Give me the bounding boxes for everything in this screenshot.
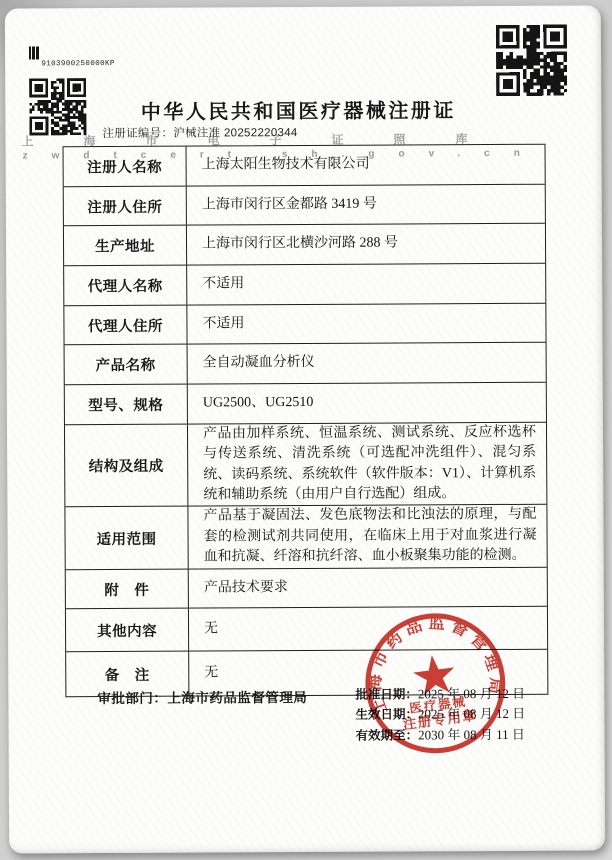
field-label: 代理人名称: [64, 266, 187, 306]
approval-date-line: 批准日期：2025 年 08 月 12 日: [355, 684, 555, 705]
effective-date-value: 2025 年 08 月 12 日: [418, 706, 525, 722]
field-value: 不适用: [187, 264, 545, 305]
field-label: 注册人住所: [64, 187, 187, 226]
approval-department-label: 审批部门：: [97, 691, 167, 706]
row-registrant-address: 注册人住所 上海市闵行区金都路 3419 号: [64, 184, 545, 226]
row-structure-composition: 结构及组成 产品由加样系统、恒温系统、测试系统、反应杯选杯与传送系统、清洗系统（…: [65, 422, 546, 507]
scanned-certificate-page: 9103900250000KP 中华人民共和国医疗器械注册证 注册证编号：沪械注…: [0, 0, 612, 860]
approval-date-label: 批准日期：: [355, 687, 418, 701]
effective-date-line: 生效日期：2025 年 08 月 12 日: [355, 704, 555, 725]
date-block: 批准日期：2025 年 08 月 12 日 生效日期：2025 年 08 月 1…: [355, 684, 555, 746]
field-value: 产品由加样系统、恒温系统、测试系统、反应杯选杯与传送系统、清洗系统（可选配冲洗组…: [188, 423, 546, 506]
approval-date-value: 2025 年 08 月 12 日: [418, 686, 525, 702]
paper-sheet: 9103900250000KP 中华人民共和国医疗器械注册证 注册证编号：沪械注…: [5, 5, 605, 853]
certificate-title: 中华人民共和国医疗器械注册证: [5, 93, 591, 125]
barcode-number: 9103900250000KP: [29, 60, 127, 69]
certificate-table: 注册人名称 上海太阳生物技术有限公司 注册人住所 上海市闵行区金都路 3419 …: [63, 144, 549, 698]
field-label: 附 件: [66, 570, 189, 609]
expiry-date-label: 有效期至：: [356, 728, 419, 742]
field-value: 上海市闵行区金都路 3419 号: [187, 185, 545, 225]
field-value: 产品技术要求: [189, 568, 547, 608]
row-registrant-name: 注册人名称 上海太阳生物技术有限公司: [64, 145, 545, 187]
field-value: 上海市闵行区北横沙河路 288 号: [187, 224, 545, 265]
field-label: 代理人住所: [64, 306, 187, 345]
field-label: 其他内容: [66, 609, 189, 652]
qr-code-right: [496, 24, 567, 97]
field-value: 无: [189, 607, 547, 651]
row-product-name: 产品名称 全自动凝血分析仪: [65, 342, 546, 385]
field-label: 适用范围: [65, 507, 188, 570]
field-value: 不适用: [187, 304, 545, 344]
row-model-spec: 型号、规格 UG2500、UG2510: [65, 382, 546, 425]
field-value: 上海太阳生物技术有限公司: [187, 145, 545, 186]
field-value: 产品基于凝固法、发色底物法和比浊法的原理，与配套的检测试剂共同使用，在临床上用于…: [188, 505, 546, 569]
effective-date-label: 生效日期：: [355, 708, 418, 722]
field-label: 注册人名称: [64, 147, 187, 187]
expiry-date-value: 2030 年 08 月 11 日: [418, 726, 525, 742]
row-production-address: 生产地址 上海市闵行区北横沙河路 288 号: [64, 223, 545, 266]
row-other-content: 其他内容 无: [66, 606, 547, 652]
field-value: 全自动凝血分析仪: [188, 343, 546, 384]
field-label: 产品名称: [65, 345, 188, 385]
field-label: 型号、规格: [65, 385, 188, 425]
barcode: [29, 46, 127, 60]
approval-department-value: 上海市药品监督管理局: [167, 690, 307, 706]
field-label: 生产地址: [64, 226, 187, 266]
row-agent-address: 代理人住所 不适用: [64, 303, 545, 345]
field-value: UG2500、UG2510: [188, 383, 546, 424]
row-attachment: 附 件 产品技术要求: [66, 567, 547, 609]
row-agent-name: 代理人名称 不适用: [64, 263, 545, 306]
expiry-date-line: 有效期至：2030 年 08 月 11 日: [356, 724, 556, 745]
field-label: 结构及组成: [65, 425, 188, 507]
approval-department-line: 审批部门：上海市药品监督管理局: [97, 686, 307, 707]
row-scope-of-use: 适用范围 产品基于凝固法、发色底物法和比浊法的原理，与配套的检测试剂共同使用，在…: [65, 504, 546, 570]
